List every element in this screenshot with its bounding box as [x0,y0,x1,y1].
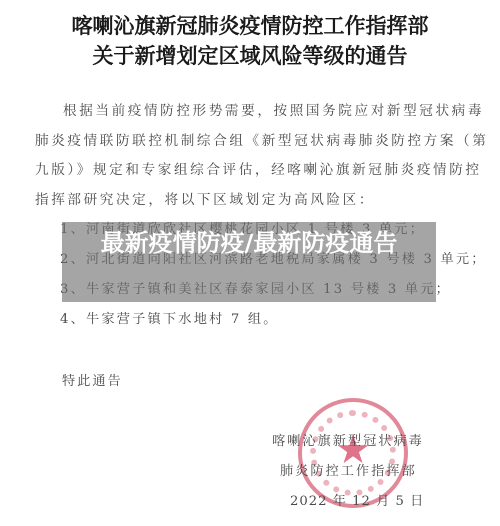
document-title-line-2: 关于新增划定区域风险等级的通告 [0,40,500,70]
paragraph-line-3: 九版）》规定和专家组综合评估，经喀喇沁旗新冠肺炎疫情防控 [35,158,482,178]
document-title-line-1: 喀喇沁旗新冠肺炎疫情防控工作指挥部 [0,10,500,40]
list-item-4: 4、牛家营子镇下水地村 7 组。 [60,308,279,327]
closing-text: 特此通告 [62,370,123,389]
paragraph-line-2: 肺炎疫情联防联控机制综合组《新型冠状病毒肺炎防控方案（第 [35,129,488,149]
caption-banner: 最新疫情防疫/最新防疫通告 [62,222,436,302]
signature-date: 2022 年 12 月 5 日 [290,490,424,509]
paragraph-line-4: 指挥部研究决定，将以下区域划定为高风险区： [35,188,375,208]
signature-line-1: 喀喇沁旗新型冠状病毒 [272,430,424,449]
paragraph-line-1: 根据当前疫情防控形势需要，按照国务院应对新型冠状病毒 [63,99,484,119]
caption-text: 最新疫情防疫/最新防疫通告 [62,228,436,258]
signature-line-2: 肺炎防控工作指挥部 [280,460,417,479]
seal-inner-ring [310,410,396,496]
